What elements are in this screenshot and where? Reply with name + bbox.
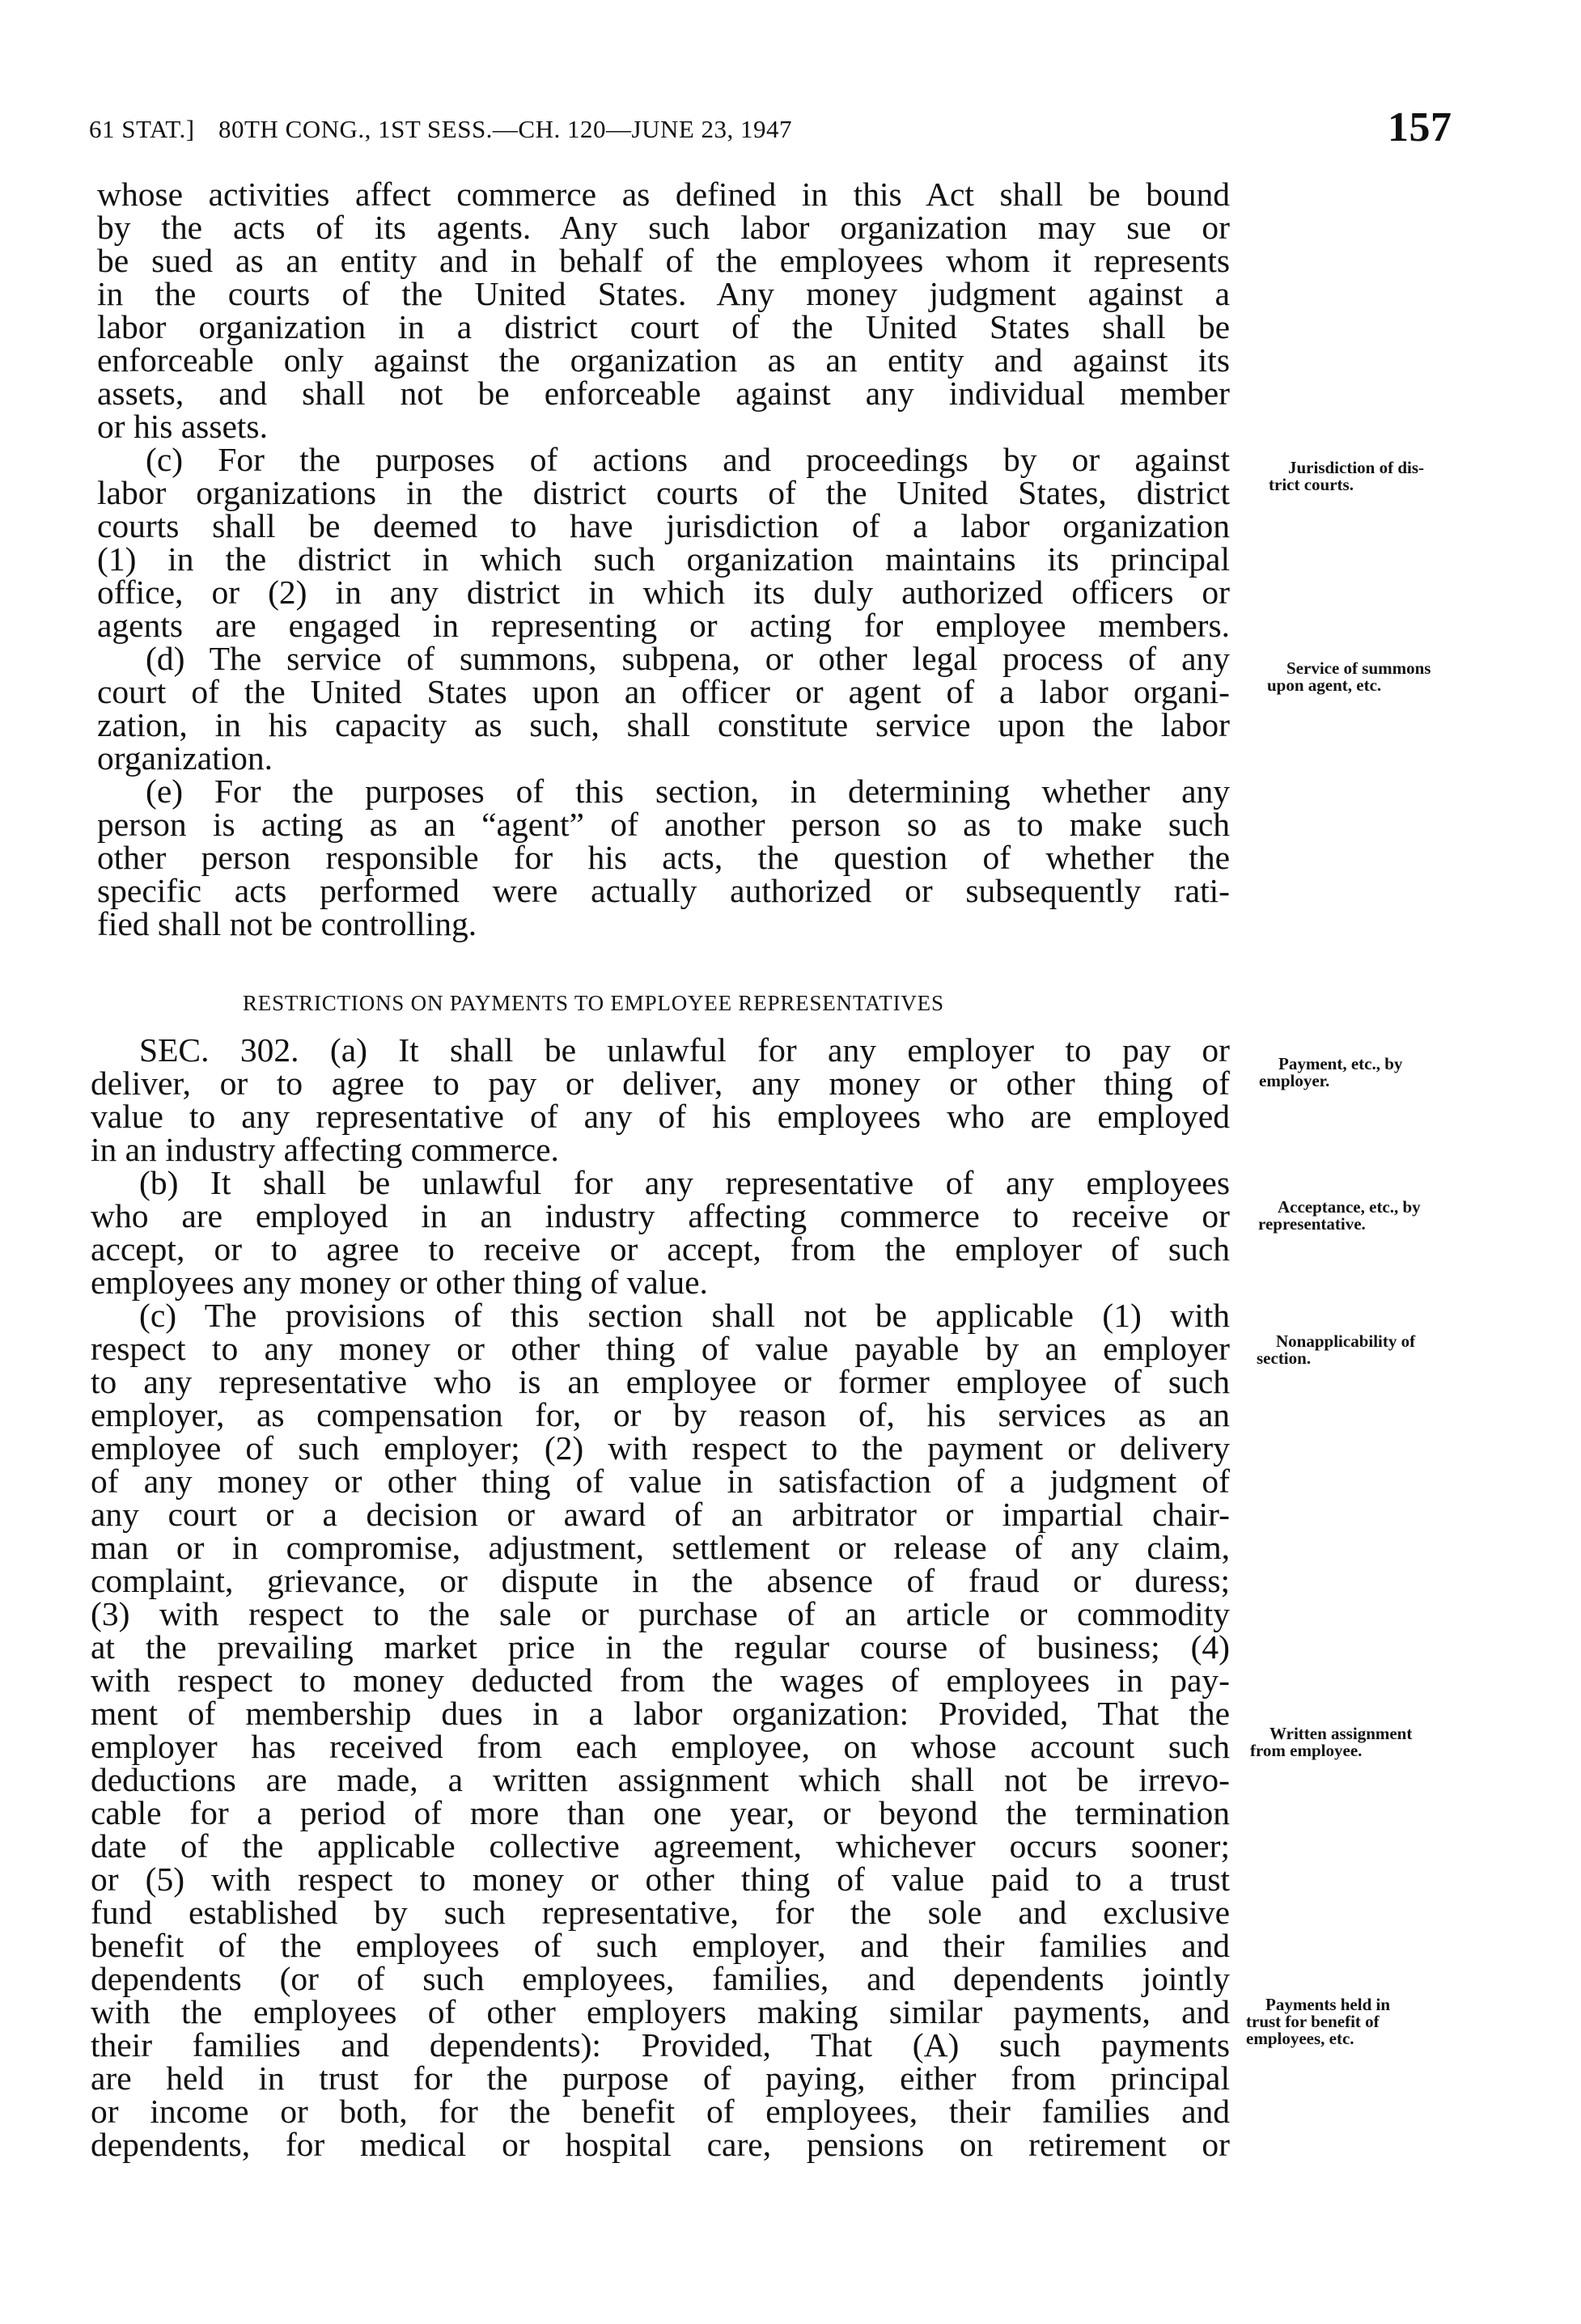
- text-line: in the courts of the United States. Any …: [97, 277, 1230, 311]
- text-line: employer, as compensation for, or by rea…: [91, 1399, 1230, 1432]
- text-line: ment of membership dues in a labor organ…: [91, 1697, 1230, 1730]
- text-line: of any money or other thing of value in …: [91, 1465, 1230, 1498]
- text-line: value to any representative of any of hi…: [91, 1100, 1230, 1133]
- margin-note-payments-held-in-trust: Payments held in trust for benefit of em…: [1246, 1996, 1497, 2047]
- text-line: any court or a decision or award of an a…: [91, 1498, 1230, 1531]
- text-line: employee of such employer; (2) with resp…: [91, 1432, 1230, 1465]
- subsection-c-start: (c) The provisions of this section shall…: [91, 1299, 1230, 1332]
- text-line: are held in trust for the purpose of pay…: [91, 2062, 1230, 2095]
- text-line: deductions are made, a written assignmen…: [91, 1763, 1230, 1797]
- text-line: fied shall not be controlling.: [97, 908, 1230, 941]
- text-line: employer has received from each employee…: [91, 1730, 1230, 1763]
- section-heading: RESTRICTIONS ON PAYMENTS TO EMPLOYEE REP…: [243, 991, 944, 1016]
- text-line: labor organization in a district court o…: [97, 311, 1230, 344]
- subsection-b-start: (b) It shall be unlawful for any represe…: [91, 1166, 1230, 1200]
- text-line: (3) with respect to the sale or purchase…: [91, 1598, 1230, 1631]
- margin-note-written-assignment: Written assignment from employee.: [1250, 1725, 1501, 1759]
- running-header: 61 STAT.] 80TH CONG., 1ST SESS.—CH. 120—…: [89, 104, 1505, 160]
- text-line: cable for a period of more than one year…: [91, 1797, 1230, 1830]
- text-line: deliver, or to agree to pay or deliver, …: [91, 1067, 1230, 1100]
- text-line: other person responsible for his acts, t…: [97, 841, 1230, 874]
- margin-note-acceptance-by-representative: Acceptance, etc., by representative.: [1258, 1199, 1509, 1233]
- text-line: organization.: [97, 742, 1230, 775]
- text-line: man or in compromise, adjustment, settle…: [91, 1531, 1230, 1564]
- body-text-part1: whose activities affect commerce as defi…: [97, 178, 1230, 941]
- text-line: their families and dependents): Provided…: [91, 2029, 1230, 2062]
- text-line: by the acts of its agents. Any such labo…: [97, 211, 1230, 244]
- subsection-e-start: (e) For the purposes of this section, in…: [97, 775, 1230, 808]
- margin-note-jurisdiction: Jurisdiction of dis- trict courts.: [1269, 459, 1520, 493]
- text-line: date of the applicable collective agreem…: [91, 1830, 1230, 1863]
- body-text-sec-302: SEC. 302. (a) It shall be unlawful for a…: [91, 1034, 1230, 2161]
- text-line: at the prevailing market price in the re…: [91, 1631, 1230, 1664]
- text-line: court of the United States upon an offic…: [97, 675, 1230, 709]
- text-line: be sued as an entity and in behalf of th…: [97, 244, 1230, 277]
- text-line: assets, and shall not be enforceable aga…: [97, 377, 1230, 410]
- text-line: specific acts performed were actually au…: [97, 874, 1230, 908]
- margin-note-payment-by-employer: Payment, etc., by employer.: [1259, 1056, 1510, 1090]
- text-line: complaint, grievance, or dispute in the …: [91, 1564, 1230, 1598]
- text-line: courts shall be deemed to have jurisdict…: [97, 510, 1230, 543]
- text-line: who are employed in an industry affectin…: [91, 1200, 1230, 1233]
- text-line: dependents, for medical or hospital care…: [91, 2128, 1230, 2161]
- text-line: fund established by such representative,…: [91, 1896, 1230, 1929]
- text-line: whose activities affect commerce as defi…: [97, 178, 1230, 211]
- text-line: labor organizations in the district cour…: [97, 476, 1230, 510]
- text-line: with the employees of other employers ma…: [91, 1996, 1230, 2029]
- text-line: benefit of the employees of such employe…: [91, 1929, 1230, 1962]
- text-line: enforceable only against the organizatio…: [97, 344, 1230, 377]
- text-line: or his assets.: [97, 410, 1230, 443]
- text-line: to any representative who is an employee…: [91, 1365, 1230, 1399]
- text-line: office, or (2) in any district in which …: [97, 576, 1230, 609]
- session-chapter-date: 80TH CONG., 1ST SESS.—CH. 120—JUNE 23, 1…: [218, 115, 792, 144]
- margin-note-service-of-summons: Service of summons upon agent, etc.: [1267, 660, 1518, 694]
- text-line: (1) in the district in which such organi…: [97, 543, 1230, 576]
- text-line: or (5) with respect to money or other th…: [91, 1863, 1230, 1896]
- sec-302-start: SEC. 302. (a) It shall be unlawful for a…: [91, 1034, 1230, 1067]
- margin-note-nonapplicability: Nonapplicability of section.: [1257, 1333, 1507, 1367]
- text-line: or income or both, for the benefit of em…: [91, 2095, 1230, 2128]
- text-line: person is acting as an “agent” of anothe…: [97, 808, 1230, 841]
- subsection-d-start: (d) The service of summons, subpena, or …: [97, 642, 1230, 675]
- text-line: agents are engaged in representing or ac…: [97, 609, 1230, 642]
- text-line: in an industry affecting commerce.: [91, 1133, 1230, 1166]
- text-line: zation, in his capacity as such, shall c…: [97, 709, 1230, 742]
- text-line: employees any money or other thing of va…: [91, 1266, 1230, 1299]
- page-number: 157: [1388, 104, 1452, 151]
- text-line: with respect to money deducted from the …: [91, 1664, 1230, 1697]
- statute-volume: 61 STAT.]: [89, 115, 195, 144]
- text-line: dependents (or of such employees, famili…: [91, 1962, 1230, 1996]
- subsection-c-start: (c) For the purposes of actions and proc…: [97, 443, 1230, 476]
- text-line: accept, or to agree to receive or accept…: [91, 1233, 1230, 1266]
- text-line: respect to any money or other thing of v…: [91, 1332, 1230, 1365]
